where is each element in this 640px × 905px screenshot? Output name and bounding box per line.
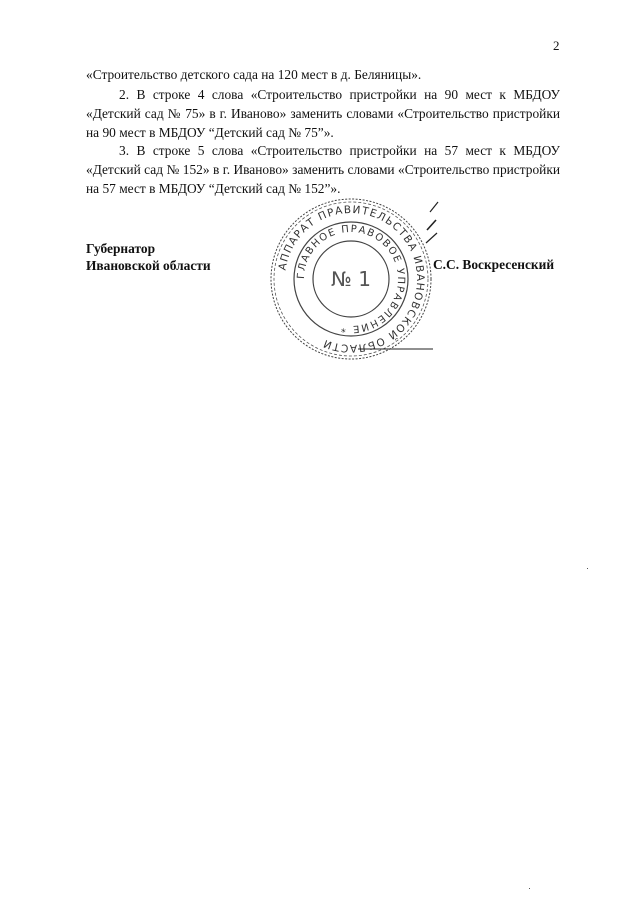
signer-name: С.С. Воскресенский (433, 257, 554, 273)
item-3-text: 3. В строке 5 слова «Строительство прист… (86, 141, 560, 198)
paragraph-item-3: 3. В строке 5 слова «Строительство прист… (86, 141, 560, 198)
scan-speck (587, 568, 588, 569)
signer-title: Губернатор Ивановской области (86, 240, 211, 274)
official-stamp: АППАРАТ ПРАВИТЕЛЬСТВА ИВАНОВСКОЙ ОБЛАСТИ… (258, 196, 444, 362)
svg-text:№ 1: № 1 (331, 267, 371, 291)
signer-title-line2: Ивановской области (86, 257, 211, 274)
item-2-text: 2. В строке 4 слова «Строительство прист… (86, 85, 560, 142)
scan-speck (529, 888, 530, 889)
body-line-continuation: «Строительство детского сада на 120 мест… (86, 65, 560, 84)
paragraph-item-2: 2. В строке 4 слова «Строительство прист… (86, 85, 560, 142)
page-number: 2 (553, 38, 560, 54)
signer-title-line1: Губернатор (86, 240, 211, 257)
stamp-seal-icon: АППАРАТ ПРАВИТЕЛЬСТВА ИВАНОВСКОЙ ОБЛАСТИ… (258, 196, 444, 362)
paragraph-1-end: «Строительство детского сада на 120 мест… (86, 65, 560, 84)
